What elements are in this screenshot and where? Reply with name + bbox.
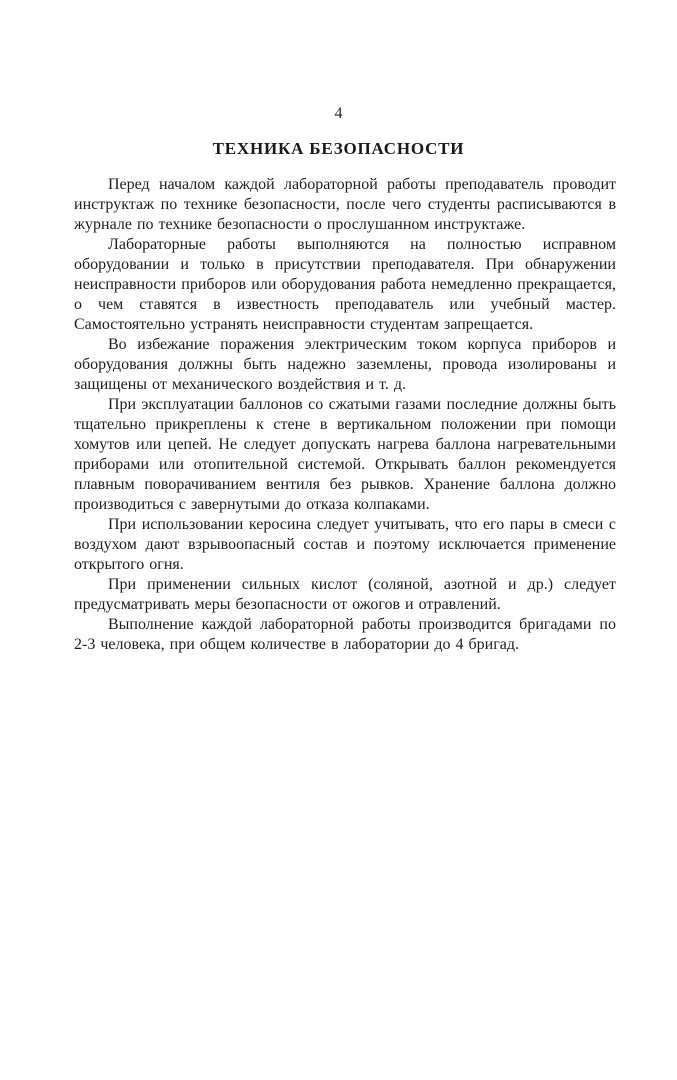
paragraph-gas-cylinders: При эксплуатации баллонов со сжатыми газ… bbox=[74, 395, 616, 515]
page-title: ТЕХНИКА БЕЗОПАСНОСТИ bbox=[0, 138, 677, 160]
paragraph-electrical-safety: Во избежание поражения электрическим ток… bbox=[74, 335, 616, 395]
paragraph-kerosene: При использовании керосина следует учиты… bbox=[74, 515, 616, 575]
document-body: Перед началом каждой лабораторной работы… bbox=[74, 175, 616, 655]
paragraph-equipment-rules: Лабораторные работы выполняются на полно… bbox=[74, 235, 616, 335]
paragraph-teams: Выполнение каждой лабораторной работы пр… bbox=[74, 615, 616, 655]
paragraph-intro-briefing: Перед началом каждой лабораторной работы… bbox=[74, 175, 616, 235]
page-number: 4 bbox=[0, 104, 677, 124]
scanned-document-page: 4 ТЕХНИКА БЕЗОПАСНОСТИ Перед началом каж… bbox=[0, 0, 677, 1080]
paragraph-acids: При применении сильных кислот (соляной, … bbox=[74, 575, 616, 615]
